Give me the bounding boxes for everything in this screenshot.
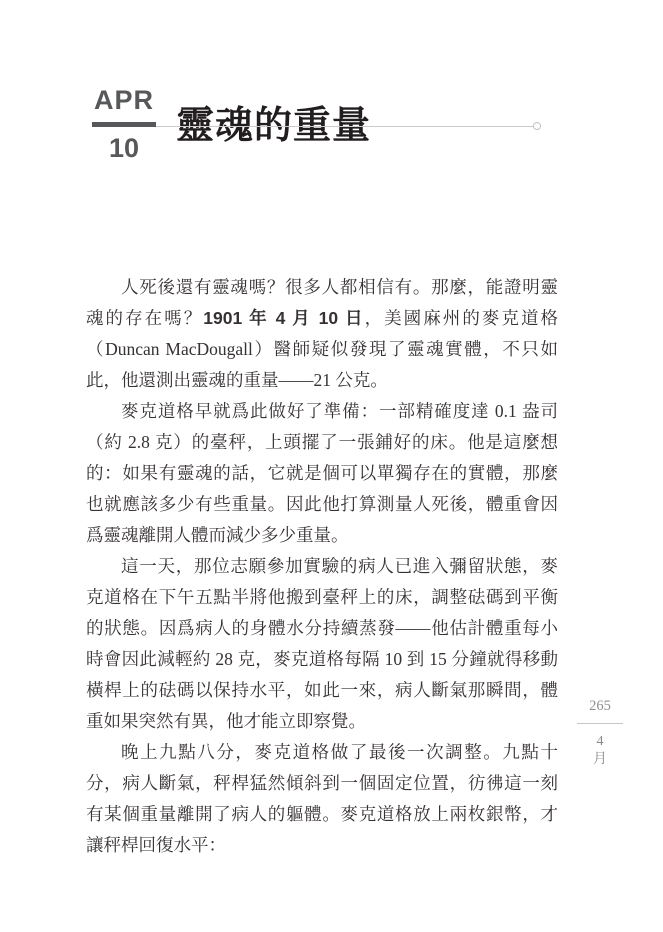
bold-date-text: 1901 年 4 月 10 日 — [203, 308, 364, 328]
month-abbr: APR — [92, 86, 156, 114]
paragraph: 人死後還有靈魂嗎？很多人都相信有。那麼，能證明靈魂的存在嗎？1901 年 4 月… — [86, 272, 558, 396]
page-number: 265 — [576, 698, 624, 714]
margin-rule — [577, 723, 623, 724]
paragraph: 晚上九點八分，麥克道格做了最後一次調整。九點十分，病人斷氣，秤桿猛然傾斜到一個固… — [86, 737, 558, 861]
paragraph: 麥克道格早就爲此做好了準備：一部精確度達 0.1 盎司（約 2.8 克）的臺秤，… — [86, 396, 558, 551]
header-rule — [156, 126, 536, 127]
margin-month-char: 月 — [576, 751, 624, 769]
body-text: 麥克道格早就爲此做好了準備：一部精確度達 0.1 盎司（約 2.8 克）的臺秤，… — [86, 401, 558, 545]
margin-month-label: 4 月 — [576, 733, 624, 768]
book-page: APR 10 靈魂的重量 人死後還有靈魂嗎？很多人都相信有。那麼，能證明靈魂的存… — [0, 0, 663, 932]
body-text: 晚上九點八分，麥克道格做了最後一次調整。九點十分，病人斷氣，秤桿猛然傾斜到一個固… — [86, 742, 558, 855]
header-rule-end-ring-icon — [533, 122, 541, 130]
body-text: 這一天，那位志願參加實驗的病人已進入彌留狀態，麥克道格在下午五點半將他搬到臺秤上… — [86, 556, 558, 731]
date-block: APR 10 — [92, 86, 156, 162]
paragraph: 這一天，那位志願參加實驗的病人已進入彌留狀態，麥克道格在下午五點半將他搬到臺秤上… — [86, 551, 558, 737]
day-number: 10 — [92, 134, 156, 162]
margin-month-digit: 4 — [576, 733, 624, 751]
article-body: 人死後還有靈魂嗎？很多人都相信有。那麼，能證明靈魂的存在嗎？1901 年 4 月… — [86, 272, 558, 861]
date-underline — [92, 122, 156, 127]
